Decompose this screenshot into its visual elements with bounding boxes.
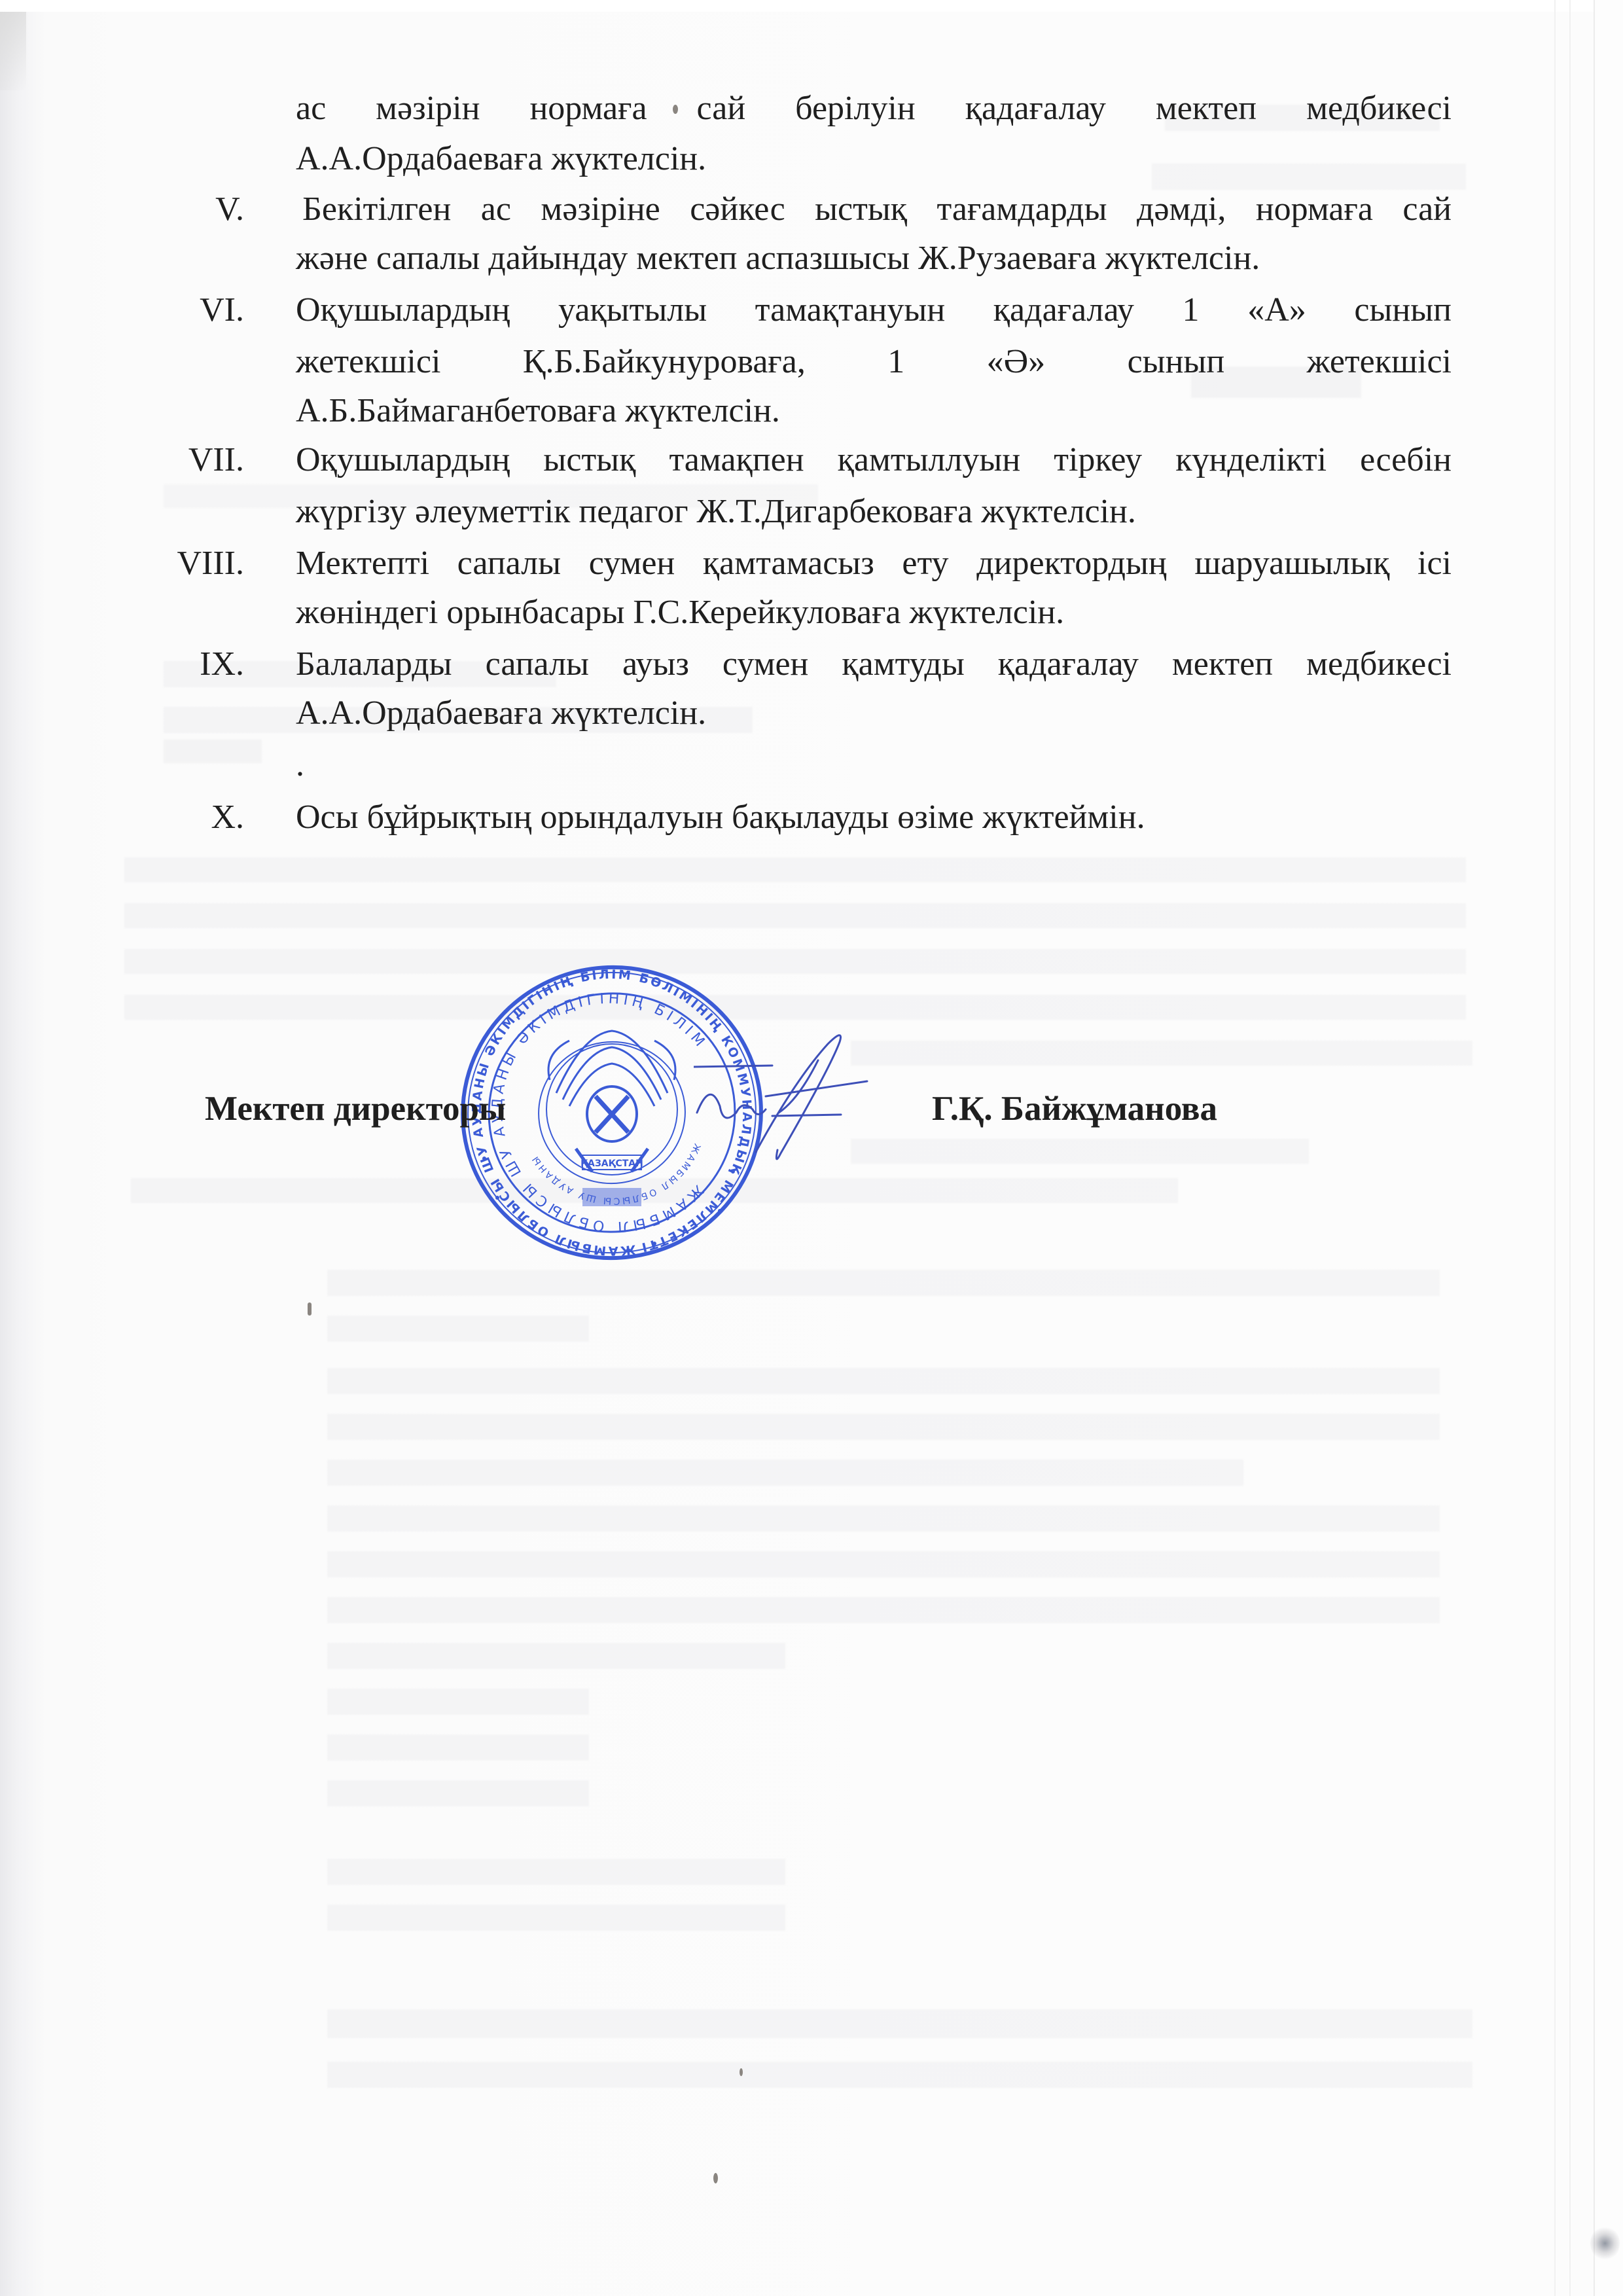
stray-period: . [296, 748, 304, 782]
order-item-vi-line-3: А.Б.Баймаганбетоваға жүктелсін. [296, 394, 1452, 428]
paper-corner-shadow [0, 12, 26, 90]
order-item-viii-line-1: Мектепті сапалы сумен қамтамасыз ету дир… [296, 547, 1452, 581]
order-item-v-line-1: Бекітілген ас мәзіріне сәйкес ыстық таға… [302, 192, 1452, 226]
signatory-title: Мектеп директоры [205, 1092, 506, 1126]
scan-artifact-line [1569, 0, 1571, 2296]
order-item-vi-line-2: жетекшісі Қ.Б.Байкунуроваға, 1 «Ә» сынып… [296, 345, 1452, 379]
order-item-numeral: V. [113, 192, 244, 226]
order-item-x-line-1: Осы бұйрықтың орындалуын бақылауды өзіме… [296, 800, 1452, 834]
order-item-numeral: VII. [113, 443, 244, 477]
order-item-numeral: X. [113, 800, 244, 834]
scan-speck [740, 2068, 743, 2076]
scan-speck [713, 2173, 718, 2183]
order-item-ix-line-1: Балаларды сапалы ауыз сумен қамтуды қада… [296, 647, 1452, 681]
scan-speck [308, 1302, 312, 1316]
order-item-ix-line-2: А.А.Ордабаеваға жүктелсін. [296, 696, 1452, 730]
scan-top-margin [0, 0, 1623, 12]
svg-text:ҚАЗАҚСТАН: ҚАЗАҚСТАН [580, 1158, 643, 1169]
order-item-numeral: VIII. [113, 547, 244, 581]
order-item-numeral: VI. [113, 293, 244, 327]
order-item-v-line-2: және сапалы дайындау мектеп аспазшысы Ж.… [296, 242, 1452, 276]
scan-artifact-line [1554, 0, 1556, 2296]
director-handwritten-signature [694, 1008, 890, 1178]
order-item-vi-line-1: Оқушылардың уақытылы тамақтануын қадағал… [296, 293, 1452, 327]
order-item-viii-line-2: жөніндегі орынбасары Г.С.Керейкуловаға ж… [296, 596, 1452, 630]
order-item-numeral: IX. [113, 647, 244, 681]
scan-smudge [1590, 2225, 1620, 2261]
order-item-vii-line-1: Оқушылардың ыстық тамақпен қамтыллуын ті… [296, 443, 1452, 477]
order-item-vii-line-2: жүргізу әлеуметтік педагог Ж.Т.Дигарбеко… [296, 495, 1452, 529]
order-item-iv-line-1: ас мәзірін нормаға сай берілуін қадағала… [296, 92, 1452, 126]
order-item-iv-line-2: А.А.Ордабаеваға жүктелсін. [296, 142, 1452, 176]
scan-right-margin [1594, 0, 1623, 2296]
signatory-name: Г.Қ. Байжұманова [932, 1092, 1217, 1126]
